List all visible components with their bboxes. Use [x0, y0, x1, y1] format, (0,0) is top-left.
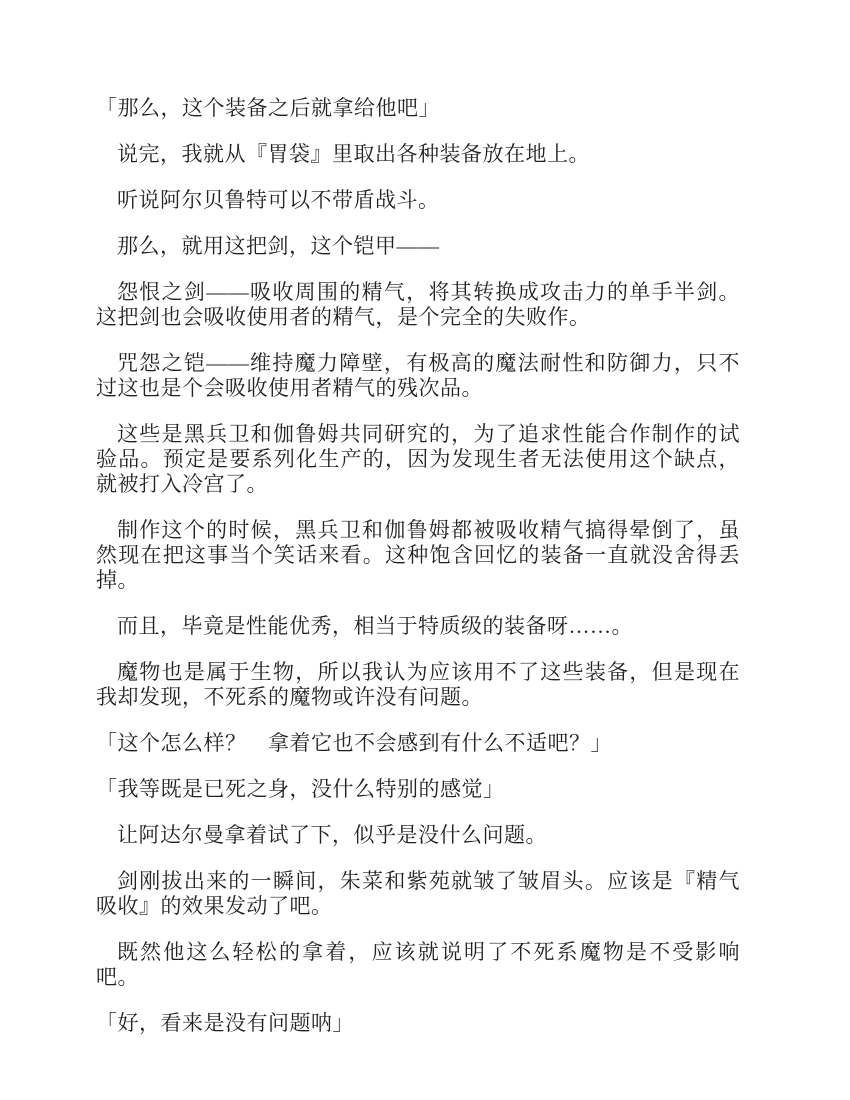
paragraph: 制作这个的时候，黑兵卫和伽鲁姆都被吸收精气搞得晕倒了，虽然现在把这事当个笑话来看…: [96, 518, 740, 593]
paragraph: 咒怨之铠——维持魔力障壁，有极高的魔法耐性和防御力，只不过这也是个会吸收使用者精…: [96, 351, 740, 401]
paragraph: 「好，看来是没有问题呐」: [96, 1011, 740, 1036]
text-column: 「那么，这个装备之后就拿给他吧」说完，我就从『胃袋』里取出各种装备放在地上。听说…: [96, 96, 740, 1036]
paragraph: 让阿达尔曼拿着试了下，似乎是没什么问题。: [96, 823, 740, 848]
paragraph: 听说阿尔贝鲁特可以不带盾战斗。: [96, 188, 740, 213]
paragraph: 「我等既是已死之身，没什么特别的感觉」: [96, 777, 740, 802]
paragraph: 这些是黑兵卫和伽鲁姆共同研究的，为了追求性能合作制作的试验品。预定是要系列化生产…: [96, 422, 740, 497]
paragraph: 「这个怎么样？ 拿着它也不会感到有什么不适吧？」: [96, 731, 740, 756]
paragraph: 说完，我就从『胃袋』里取出各种装备放在地上。: [96, 142, 740, 167]
paragraph: 「那么，这个装备之后就拿给他吧」: [96, 96, 740, 121]
paragraph: 既然他这么轻松的拿着，应该就说明了不死系魔物是不受影响吧。: [96, 940, 740, 990]
paragraph: 魔物也是属于生物，所以我认为应该用不了这些装备，但是现在我却发现，不死系的魔物或…: [96, 660, 740, 710]
paragraph: 那么，就用这把剑，这个铠甲——: [96, 234, 740, 259]
paragraph: 剑刚拔出来的一瞬间，朱菜和紫苑就皱了皱眉头。应该是『精气吸收』的效果发动了吧。: [96, 869, 740, 919]
paragraph: 而且，毕竟是性能优秀，相当于特质级的装备呀……。: [96, 614, 740, 639]
paragraph: 怨恨之剑——吸收周围的精气，将其转换成攻击力的单手半剑。这把剑也会吸收使用者的精…: [96, 280, 740, 330]
novel-page: 「那么，这个装备之后就拿给他吧」说完，我就从『胃袋』里取出各种装备放在地上。听说…: [0, 0, 850, 1100]
